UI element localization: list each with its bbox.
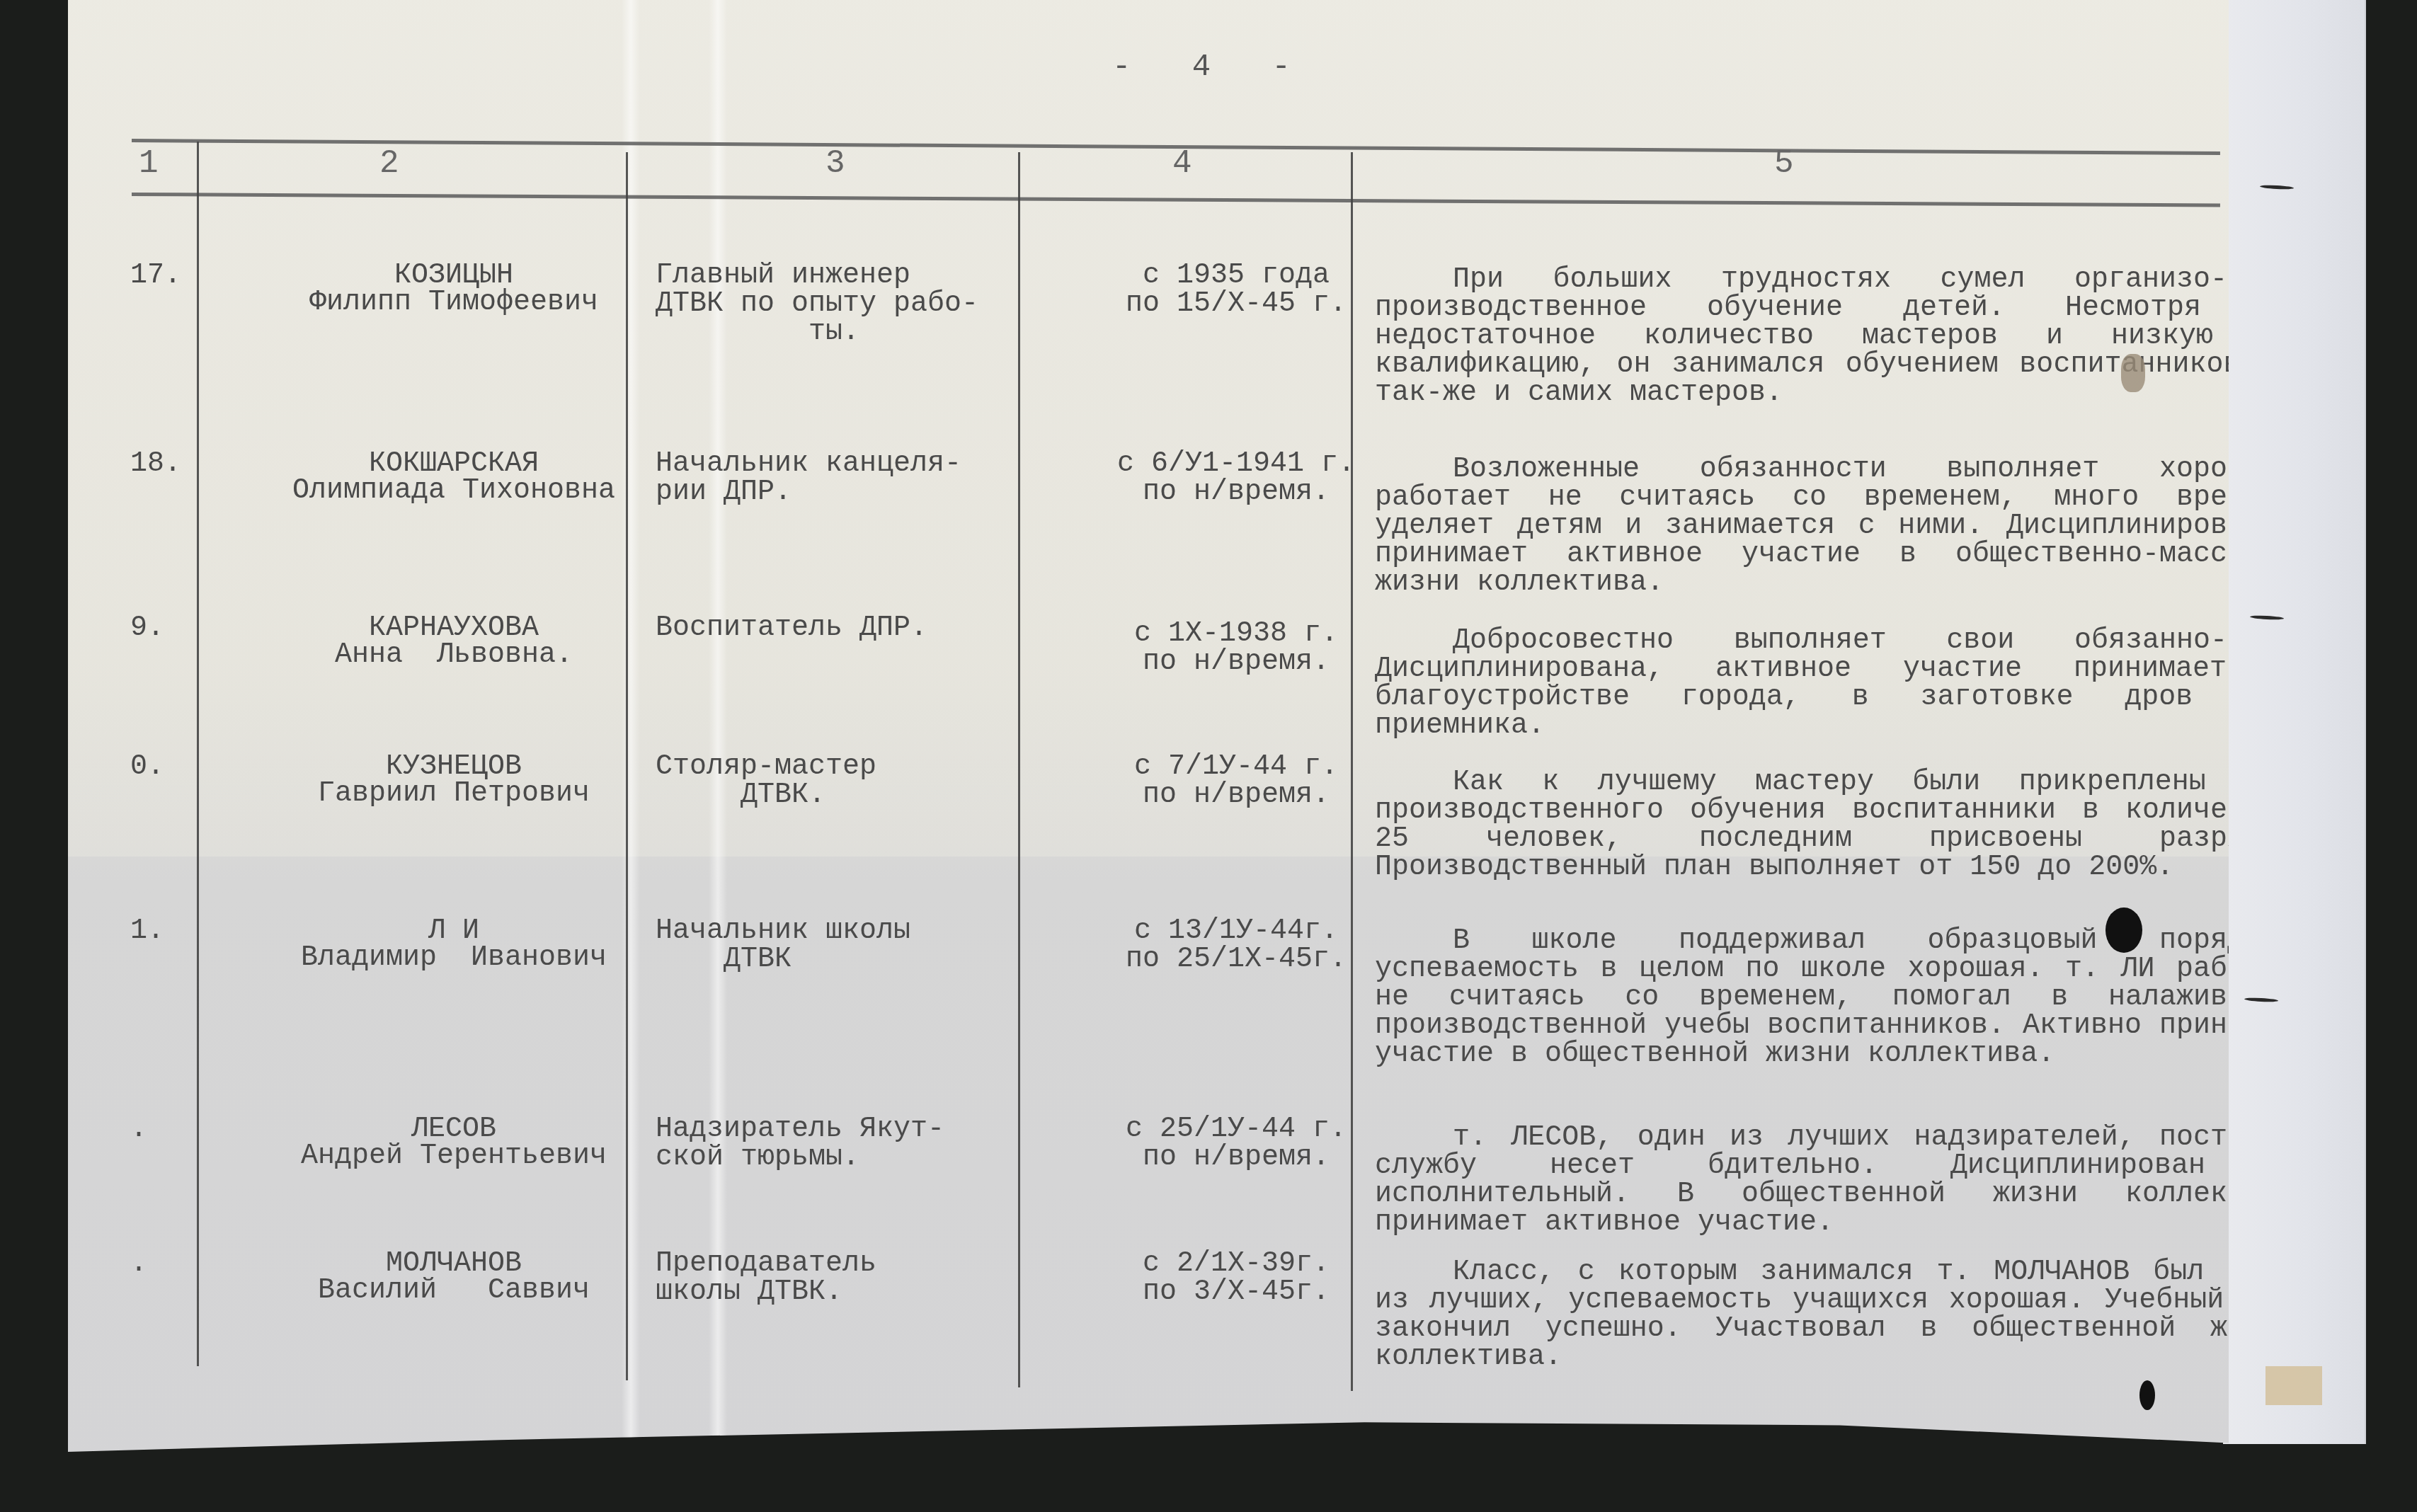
column-divider — [197, 142, 199, 1366]
service-period: с 13/1У-44г. по 25/1Х-45г. — [1073, 917, 1399, 974]
service-period: с 1935 года по 15/Х-45 г. — [1073, 262, 1399, 319]
paper-tear — [2250, 615, 2284, 621]
position: Надзиратель Якут- ской тюрьмы. — [656, 1116, 1080, 1172]
person-surname: КОЗИЦЫН — [231, 262, 677, 290]
position: Начальник школы ДТВК — [656, 917, 1080, 974]
underlying-sheet — [2223, 0, 2366, 1444]
service-period: с 7/1У-44 г. по н/время. — [1073, 753, 1399, 810]
row-number: 18. — [130, 450, 181, 479]
person-name: Андрей Терентьевич — [231, 1142, 677, 1171]
person-name: Анна Львовна. — [231, 641, 677, 670]
person-surname: КАРНАУХОВА — [231, 614, 677, 643]
row-number: 9. — [130, 614, 164, 643]
characteristic: Класс, с которым занимался т. МОЛЧАНОВ б… — [1375, 1259, 2295, 1372]
person-surname: КУЗНЕЦОВ — [231, 753, 677, 781]
punch-hole — [2105, 907, 2142, 953]
characteristic: При больших трудностях сумел организо-ва… — [1375, 266, 2295, 408]
person-name: Филипп Тимофеевич — [231, 289, 677, 317]
position: Главный инженер ДТВК по опыту рабо- ты. — [656, 262, 1080, 347]
column-header: 3 — [825, 145, 845, 182]
paper-tear — [2260, 185, 2294, 190]
column-header: 1 — [139, 145, 159, 182]
tape-fragment — [2265, 1366, 2322, 1405]
punch-hole — [2139, 1380, 2155, 1410]
row-number: 0. — [130, 753, 164, 781]
page-number: - 4 - — [1112, 50, 1312, 85]
characteristic: Как к лучшему мастеру были прикреплены д… — [1375, 769, 2295, 882]
position: Столяр-мастер ДТВК. — [656, 753, 1080, 810]
characteristic: В школе поддерживал образцовый порядок, … — [1375, 927, 2295, 1069]
service-period: с 1Х-1938 г. по н/время. — [1073, 620, 1399, 677]
table-header-rule — [132, 193, 2220, 207]
column-header: 2 — [379, 145, 399, 182]
person-surname: МОЛЧАНОВ — [231, 1250, 677, 1278]
person-name: Олимпиада Тихоновна — [231, 477, 677, 505]
service-period: с 6/У1-1941 г. по н/время. — [1073, 450, 1399, 507]
row-number: 1. — [130, 917, 164, 946]
column-header: 4 — [1172, 145, 1192, 182]
person-surname: ЛЕСОВ — [231, 1116, 677, 1144]
position: Преподаватель школы ДТВК. — [656, 1250, 1080, 1307]
service-period: с 25/1У-44 г. по н/время. — [1073, 1116, 1399, 1172]
document-page: - 4 - 1 2 3 4 5 17. КОЗИЦЫН Филипп Тимоф… — [68, 0, 2229, 1472]
person-surname: Л И — [231, 917, 677, 946]
paper-damage — [2121, 354, 2145, 392]
person-surname: КОКШАРСКАЯ — [231, 450, 677, 479]
person-name: Гавриил Петрович — [231, 780, 677, 808]
characteristic: т. ЛЕСОВ, один из лучших надзирателей, п… — [1375, 1124, 2295, 1237]
person-name: Василий Саввич — [231, 1277, 677, 1305]
row-number: . — [130, 1250, 147, 1278]
service-period: с 2/1Х-39г. по 3/Х-45г. — [1073, 1250, 1399, 1307]
row-number: 17. — [130, 262, 181, 290]
row-number: . — [130, 1116, 147, 1144]
paper-tear — [2244, 997, 2278, 1003]
characteristic: Возложенные обязанности выполняет хоро-ш… — [1375, 456, 2295, 597]
position: Воспитатель ДПР. — [656, 614, 1080, 643]
characteristic: Добросовестно выполняет свои обязанно-ст… — [1375, 627, 2295, 740]
position: Начальник канцеля- рии ДПР. — [656, 450, 1080, 507]
column-header: 5 — [1774, 145, 1794, 182]
person-name: Владимир Иванович — [231, 944, 677, 973]
